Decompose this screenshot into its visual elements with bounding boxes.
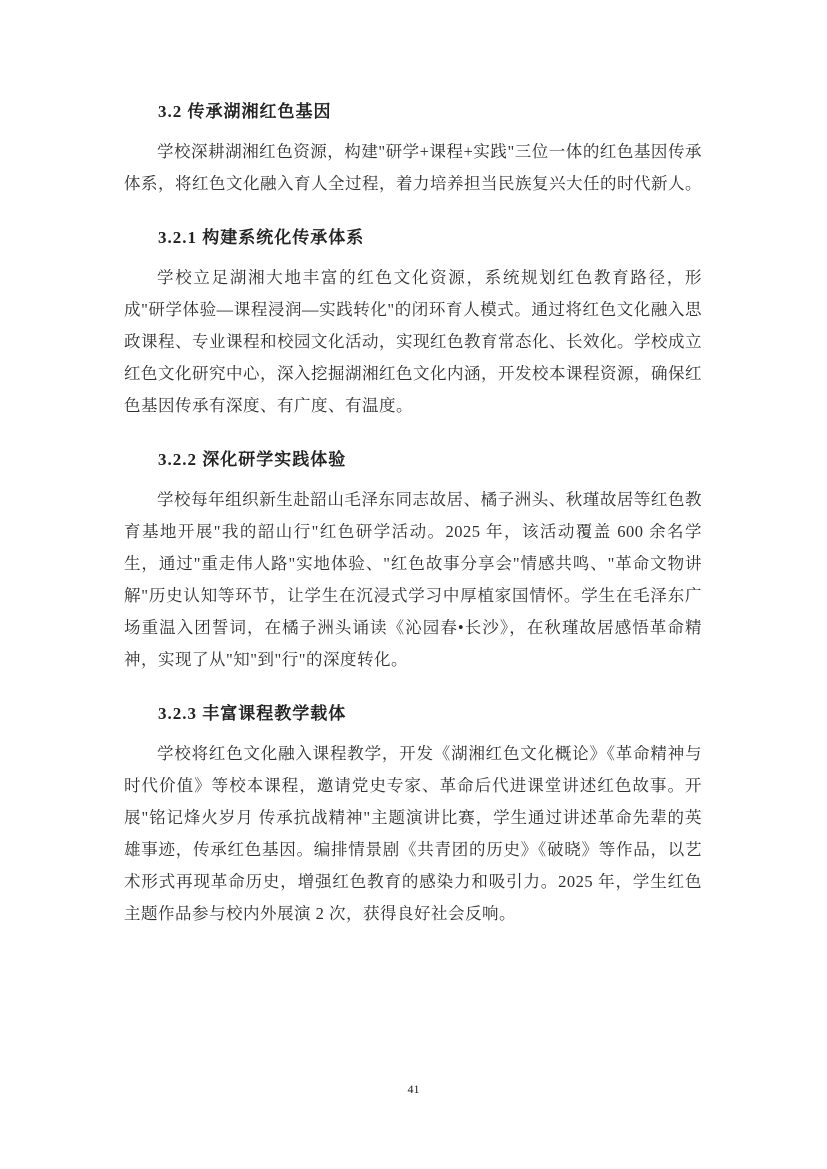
- section-3-2-1: 3.2.1 构建系统化传承体系 学校立足湖湘大地丰富的红色文化资源，系统规划红色…: [124, 226, 702, 422]
- section-3-2: 3.2 传承湖湘红色基因 学校深耕湖湘红色资源，构建"研学+课程+实践"三位一体…: [124, 100, 702, 200]
- section-heading-3-2-1: 3.2.1 构建系统化传承体系: [124, 226, 702, 250]
- section-paragraph: 学校每年组织新生赴韶山毛泽东同志故居、橘子洲头、秋瑾故居等红色教育基地开展"我的…: [124, 484, 702, 676]
- section-heading-3-2: 3.2 传承湖湘红色基因: [124, 100, 702, 124]
- section-3-2-3: 3.2.3 丰富课程教学载体 学校将红色文化融入课程教学，开发《湖湘红色文化概论…: [124, 702, 702, 930]
- section-paragraph: 学校将红色文化融入课程教学，开发《湖湘红色文化概论》《革命精神与时代价值》等校本…: [124, 738, 702, 930]
- page-footer: 41: [0, 1080, 827, 1098]
- document-content: 3.2 传承湖湘红色基因 学校深耕湖湘红色资源，构建"研学+课程+实践"三位一体…: [124, 100, 702, 930]
- section-paragraph: 学校立足湖湘大地丰富的红色文化资源，系统规划红色教育路径，形成"研学体验—课程浸…: [124, 262, 702, 422]
- section-heading-3-2-3: 3.2.3 丰富课程教学载体: [124, 702, 702, 726]
- section-paragraph: 学校深耕湖湘红色资源，构建"研学+课程+实践"三位一体的红色基因传承体系，将红色…: [124, 136, 702, 200]
- page-number: 41: [408, 1082, 420, 1096]
- section-heading-3-2-2: 3.2.2 深化研学实践体验: [124, 448, 702, 472]
- document-page: 3.2 传承湖湘红色基因 学校深耕湖湘红色资源，构建"研学+课程+实践"三位一体…: [0, 0, 827, 1169]
- section-3-2-2: 3.2.2 深化研学实践体验 学校每年组织新生赴韶山毛泽东同志故居、橘子洲头、秋…: [124, 448, 702, 676]
